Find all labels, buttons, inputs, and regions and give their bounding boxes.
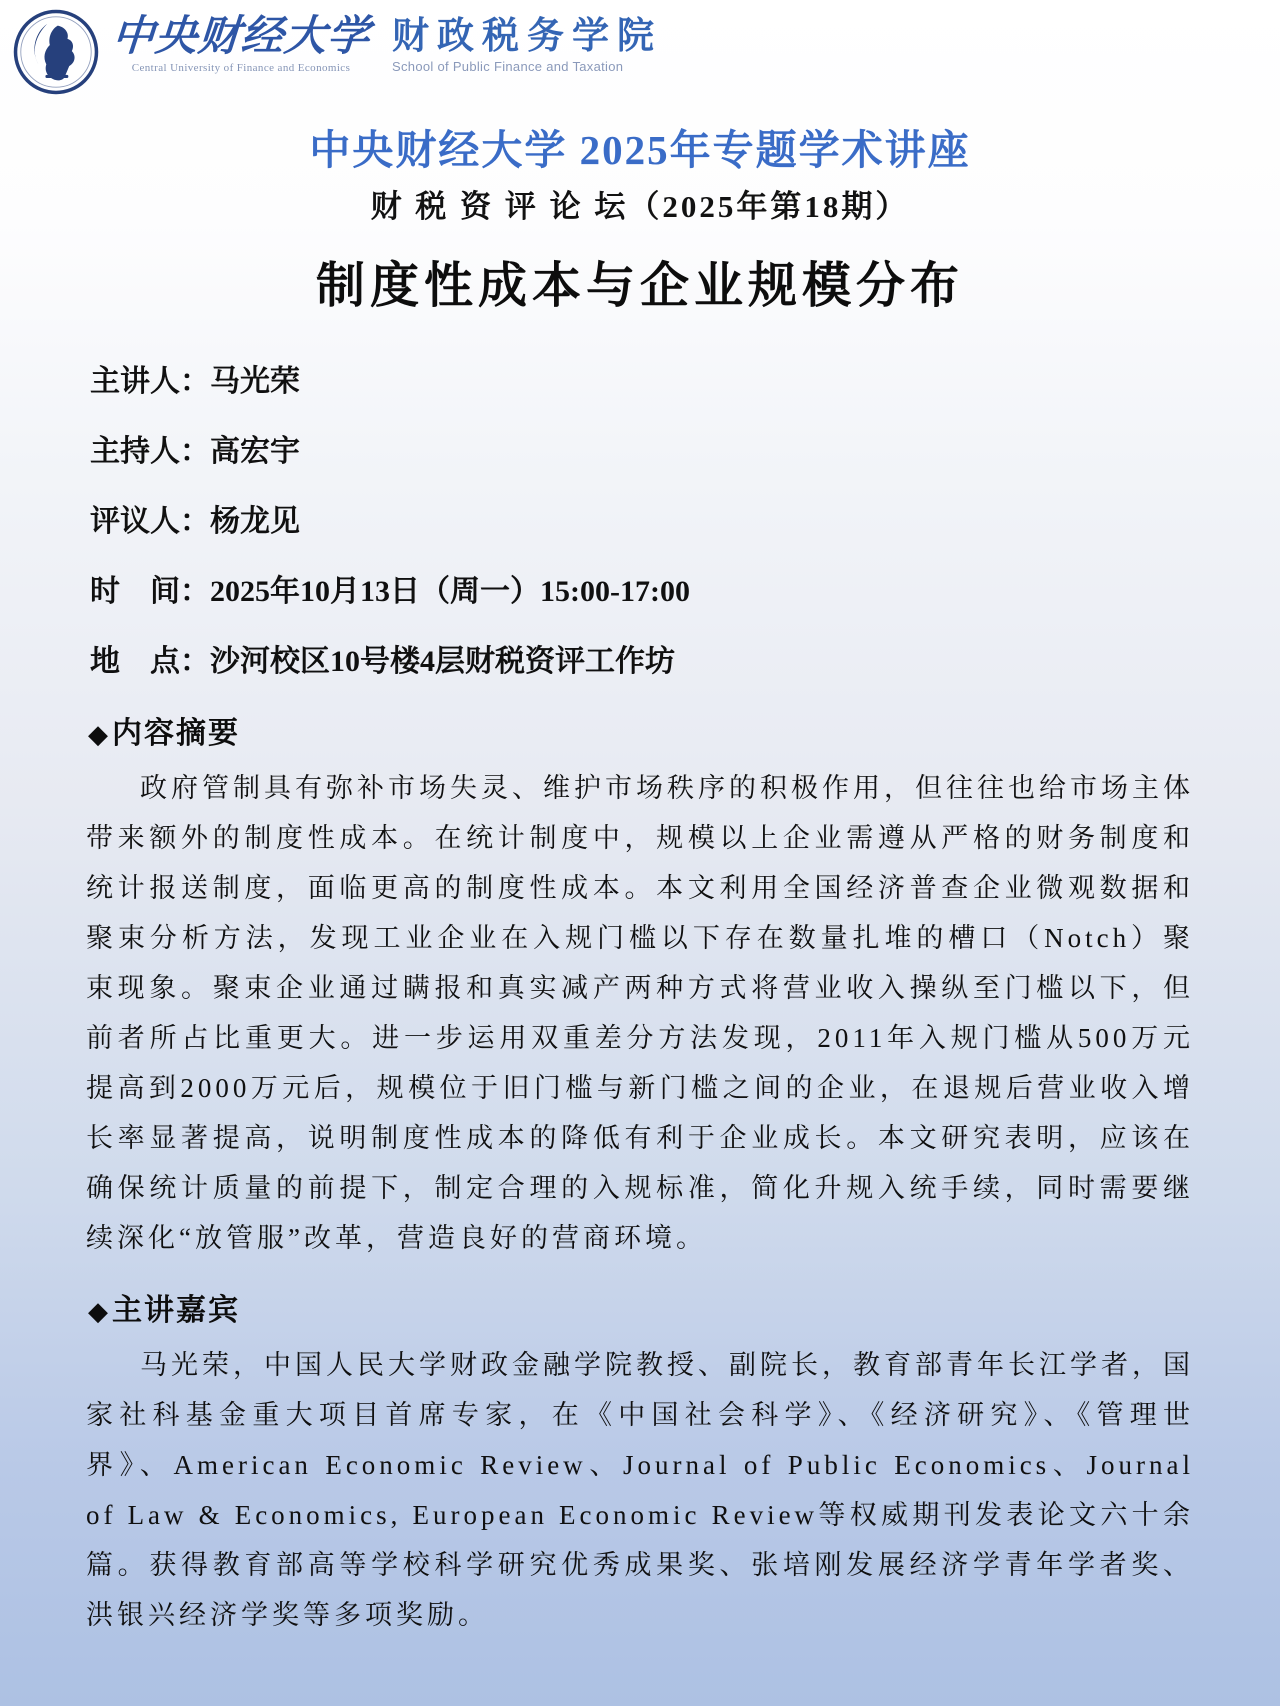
abstract-heading-text: 内容摘要 (112, 717, 240, 750)
detail-row-speaker: 主讲人：马光荣 (90, 364, 1192, 400)
detail-label: 评议人： (90, 505, 210, 538)
detail-value: 杨龙见 (210, 505, 300, 538)
speaker-heading-text: 主讲嘉宾 (112, 1294, 240, 1327)
detail-label: 主持人： (90, 435, 210, 468)
detail-label: 时 间： (90, 575, 210, 608)
school-name-block: 财政税务学院 School of Public Finance and Taxa… (392, 16, 662, 74)
university-name-en: Central University of Finance and Econom… (112, 62, 370, 74)
detail-label: 主讲人： (90, 365, 210, 398)
series-title: 中央财经大学 2025年专题学术讲座 (0, 126, 1280, 175)
school-name-cn: 财政税务学院 (392, 16, 662, 57)
abstract-paragraph: 政府管制具有弥补市场失灵、维护市场秩序的积极作用，但往往也给市场主体带来额外的制… (86, 763, 1194, 1263)
detail-row-host: 主持人：高宏宇 (90, 434, 1192, 470)
detail-value: 2025年10月13日（周一）15:00-17:00 (210, 575, 690, 608)
school-name-en: School of Public Finance and Taxation (392, 59, 662, 74)
lecture-poster: 中央财经大学 Central University of Finance and… (0, 0, 1280, 1706)
detail-value: 沙河校区10号楼4层财税资评工作坊 (210, 645, 675, 678)
detail-row-location: 地 点：沙河校区10号楼4层财税资评工作坊 (90, 644, 1192, 680)
forum-title: 财 税 资 评 论 坛（2025年第18期） (0, 188, 1280, 227)
university-name-block: 中央财经大学 Central University of Finance and… (112, 14, 370, 74)
lecture-title: 制度性成本与企业规模分布 (0, 257, 1280, 316)
speaker-section-heading: ◆主讲嘉宾 (88, 1291, 1192, 1330)
diamond-bullet-icon: ◆ (88, 720, 110, 749)
speaker-bio-paragraph: 马光荣，中国人民大学财政金融学院教授、副院长，教育部青年长江学者，国家社科基金重… (86, 1340, 1194, 1640)
detail-value: 马光荣 (210, 365, 300, 398)
detail-label: 地 点： (90, 645, 210, 678)
university-name-cn: 中央财经大学 (110, 14, 371, 60)
diamond-bullet-icon: ◆ (88, 1297, 110, 1326)
detail-row-discussant: 评议人：杨龙见 (90, 504, 1192, 540)
poster-content: 中央财经大学 2025年专题学术讲座 财 税 资 评 论 坛（2025年第18期… (0, 0, 1280, 1640)
detail-row-time: 时 间：2025年10月13日（周一）15:00-17:00 (90, 574, 1192, 610)
detail-value: 高宏宇 (210, 435, 300, 468)
lecture-details: 主讲人：马光荣 主持人：高宏宇 评议人：杨龙见 时 间：2025年10月13日（… (90, 364, 1192, 680)
university-seal-icon (12, 8, 100, 96)
abstract-section-heading: ◆内容摘要 (88, 714, 1192, 753)
header: 中央财经大学 Central University of Finance and… (12, 8, 662, 96)
